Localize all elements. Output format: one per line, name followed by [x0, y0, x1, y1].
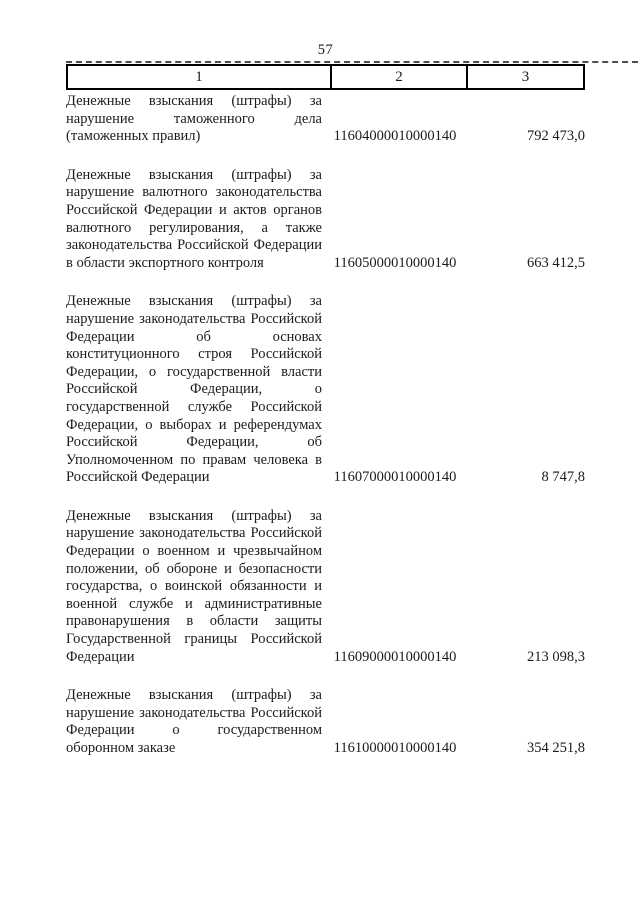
row-amount: 792 473,0 [468, 128, 585, 146]
document-page: 57 1 2 3 Денежные взыскания (штрафы) за … [0, 0, 640, 905]
page-number: 57 [66, 42, 585, 59]
row-budget-code: 11610000010000140 [322, 740, 468, 758]
row-description: Денежные взыскания (штрафы) за нарушение… [66, 167, 322, 273]
table-row: Денежные взыскания (штрафы) за нарушение… [66, 508, 585, 666]
row-description: Денежные взыскания (штрафы) за нарушение… [66, 508, 322, 666]
row-budget-code: 11607000010000140 [322, 469, 468, 487]
row-description: Денежные взыскания (штрафы) за нарушение… [66, 293, 322, 487]
row-amount: 663 412,5 [468, 255, 585, 273]
row-amount: 8 747,8 [468, 469, 585, 487]
row-description: Денежные взыскания (штрафы) за нарушение… [66, 93, 322, 146]
table-header-row: 1 2 3 [66, 64, 585, 90]
table-row: Денежные взыскания (штрафы) за нарушение… [66, 167, 585, 273]
table-header-cell-3: 3 [466, 66, 583, 88]
row-budget-code: 11609000010000140 [322, 649, 468, 667]
table-header-cell-2: 2 [330, 66, 466, 88]
table-row: Денежные взыскания (штрафы) за нарушение… [66, 93, 585, 146]
table-body: Денежные взыскания (штрафы) за нарушение… [66, 93, 585, 758]
table-row: Денежные взыскания (штрафы) за нарушение… [66, 293, 585, 487]
row-amount: 354 251,8 [468, 740, 585, 758]
scan-artifact-line [66, 61, 638, 63]
table-row: Денежные взыскания (штрафы) за нарушение… [66, 687, 585, 757]
row-budget-code: 11604000010000140 [322, 128, 468, 146]
table-header-cell-1: 1 [68, 66, 330, 88]
row-amount: 213 098,3 [468, 649, 585, 667]
page-content: 57 1 2 3 Денежные взыскания (штрафы) за … [66, 42, 585, 779]
row-description: Денежные взыскания (штрафы) за нарушение… [66, 687, 322, 757]
row-budget-code: 11605000010000140 [322, 255, 468, 273]
